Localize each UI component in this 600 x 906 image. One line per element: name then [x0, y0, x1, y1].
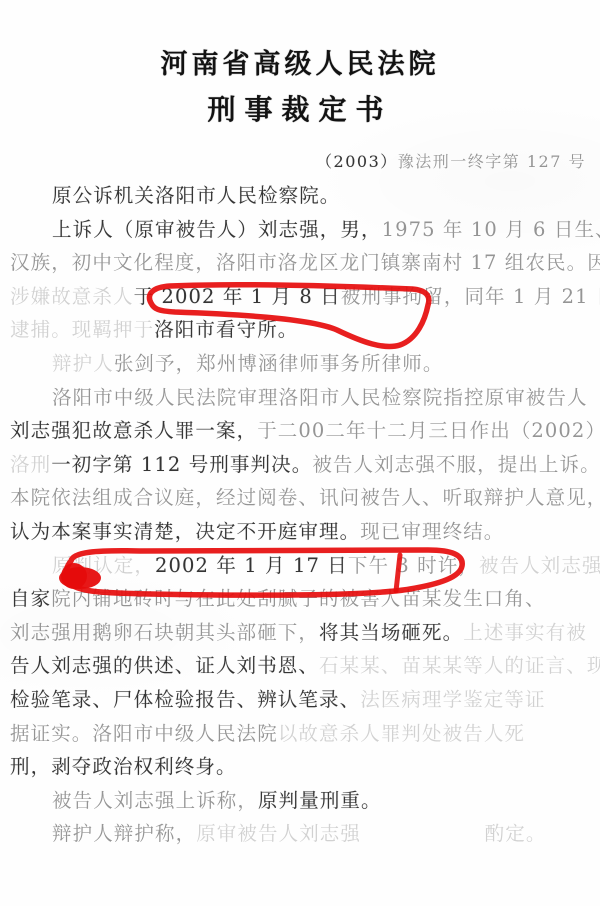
doc-text-segment: 被刑事拘留 — [341, 285, 444, 308]
doc-line: 被告人刘志强上诉称，原判量刑重。 — [10, 784, 592, 818]
doc-text-segment: 检验笔录、尸体检验报告、辨认笔录、 — [10, 688, 360, 711]
doc-text-segment: 认为本案事实清楚，决定不开庭审理。 — [10, 520, 360, 543]
doc-text-segment: 被告人刘志强上诉称， — [52, 789, 258, 812]
doc-text-segment: 自家 — [10, 587, 51, 610]
doc-text-segment: 法医病理学鉴定等证 — [360, 688, 545, 711]
doc-line: 原公诉机关洛阳市人民检察院。 — [10, 179, 592, 213]
doc-text-segment: 据证实。洛阳市中级人民法院 — [10, 722, 278, 745]
doc-line: 本院依法组成合议庭，经过阅卷、讯问被告人、听取辩护人意见， — [10, 481, 592, 515]
document-body: 原公诉机关洛阳市人民检察院。上诉人（原审被告人）刘志强，男，1975 年 10 … — [10, 179, 592, 851]
doc-line: 逮捕。现羁押于洛阳市看守所。 — [10, 313, 592, 347]
doc-text-segment: 刑，剥夺政治权利终身。 — [10, 755, 237, 778]
doc-text-segment: 原公诉机关洛阳市人民检察院。 — [52, 184, 340, 207]
doc-text-segment: 汉族，初中文化程度，洛阳市洛龙区龙门镇寨南村 17 组农民。因 — [10, 251, 600, 274]
doc-text-segment: 1975 年 10 月 6 日生、 — [382, 218, 600, 241]
doc-text-segment: 刘志强犯故意杀人罪一案， — [10, 419, 257, 442]
doc-line: 刑，剥夺政治权利终身。 — [10, 750, 592, 784]
case-number: （2003）豫法刑一终字第 127 号 — [316, 149, 586, 172]
doc-text-segment: 上诉人（原审被告人）刘志强，男， — [52, 218, 382, 241]
doc-line: 刘志强用鹅卵石块朝其头部砸下，将其当场砸死。上述事实有被 — [10, 616, 592, 650]
doc-text-segment: 告人刘志强的供述、证人刘书恩、 — [10, 654, 319, 677]
doc-line: 洛阳市中级人民法院审理洛阳市人民检察院指控原审被告人 — [10, 381, 592, 415]
doc-text-segment: 洛刑 — [10, 453, 51, 476]
doc-text-segment: 辩护人 — [52, 352, 114, 375]
doc-text-segment — [361, 822, 485, 845]
doc-line: 上诉人（原审被告人）刘志强，男，1975 年 10 月 6 日生、 — [10, 213, 592, 247]
doc-line: 洛刑一初字第 112 号刑事判决。被告人刘志强不服，提出上诉。 — [10, 448, 592, 482]
doc-text-segment: 石某某、苗某某等人的证言、现场 — [319, 654, 600, 677]
doc-line: 辩护人张剑予，郑州博涵律师事务所律师。 — [10, 347, 592, 381]
document-type-title: 刑事裁定书 — [0, 88, 600, 128]
doc-text-segment: 辩护人辩护称， — [52, 822, 196, 845]
doc-text-segment: 于 2002 年 1 月 8 日 — [134, 285, 341, 308]
doc-text-segment: 以故意杀人罪判处被告人死 — [278, 722, 525, 745]
court-name: 河南省高级人民法院 — [0, 42, 600, 81]
doc-text-segment: 本院依法组成合议庭，经过阅卷、讯问被告人、听取辩护人意见， — [10, 486, 600, 509]
doc-text-segment: 洛阳市看守所。 — [154, 318, 298, 341]
doc-line: 刘志强犯故意杀人罪一案，于二00二年十二月三日作出（2002） — [10, 414, 592, 448]
doc-text-segment: 下午 3 时许， — [348, 554, 479, 577]
doc-text-segment: 张剑予，郑州博涵律师事务所律师。 — [114, 352, 444, 375]
doc-text-segment: 一初字第 112 号刑事判决。 — [51, 453, 312, 476]
doc-text-segment: 于二00二年十二月三日作出（2002） — [257, 419, 600, 442]
doc-line: 原判认定，2002 年 1 月 17 日下午 3 时许，被告人刘志强在 — [10, 549, 592, 583]
doc-text-segment: 涉嫌故意杀人 — [10, 285, 134, 308]
doc-line: 自家院内铺地砖时与在此处刮腻子的被害人苗某发生口角、 — [10, 582, 592, 616]
doc-text-segment: 2002 年 1 月 17 日 — [155, 554, 348, 577]
doc-line: 检验笔录、尸体检验报告、辨认笔录、法医病理学鉴定等证 — [10, 683, 592, 717]
doc-text-segment: 酌定。 — [485, 822, 547, 845]
doc-line: 汉族，初中文化程度，洛阳市洛龙区龙门镇寨南村 17 组农民。因 — [10, 246, 592, 280]
doc-text-segment: 上述事实有被 — [463, 621, 587, 644]
case-number-rest: 豫法刑一终字第 127 号 — [398, 152, 586, 171]
doc-text-segment: 原判认定， — [52, 554, 155, 577]
doc-text-segment: 刘志强用鹅卵石块朝其头部砸下， — [10, 621, 319, 644]
doc-text-segment: 院内铺地砖时与在此处刮腻子的被害人苗某发生口角、 — [51, 587, 545, 610]
doc-line: 告人刘志强的供述、证人刘书恩、石某某、苗某某等人的证言、现场 — [10, 649, 592, 683]
doc-text-segment: 被告人刘志强在 — [479, 554, 600, 577]
doc-text-segment: ，同年 1 月 21 日被 — [444, 285, 600, 308]
doc-line: 认为本案事实清楚，决定不开庭审理。现已审理终结。 — [10, 515, 592, 549]
document-header: 河南省高级人民法院 刑事裁定书 — [0, 42, 600, 128]
doc-line: 涉嫌故意杀人于 2002 年 1 月 8 日被刑事拘留，同年 1 月 21 日被 — [10, 280, 592, 314]
doc-text-segment: 原审被告人刘志强 — [196, 822, 361, 845]
scanned-ruling-page: 河南省高级人民法院 刑事裁定书 （2003）豫法刑一终字第 127 号 原公诉机… — [0, 0, 600, 906]
doc-text-segment: 原判量刑重。 — [258, 789, 382, 812]
doc-line: 辩护人辩护称，原审被告人刘志强 酌定。 — [10, 817, 592, 851]
doc-text-segment: 现已审理终结。 — [360, 520, 504, 543]
doc-text-segment: 逮捕。现羁押于 — [10, 318, 154, 341]
case-number-year: （2003） — [316, 152, 398, 171]
doc-text-segment: 洛阳市中级人民法院审理洛阳市人民检察院指控原审被告人 — [52, 386, 588, 409]
doc-line: 据证实。洛阳市中级人民法院以故意杀人罪判处被告人死 — [10, 717, 592, 751]
doc-text-segment: 被告人刘志强不服，提出上诉。 — [312, 453, 600, 476]
doc-text-segment: 将其当场砸死。 — [319, 621, 463, 644]
